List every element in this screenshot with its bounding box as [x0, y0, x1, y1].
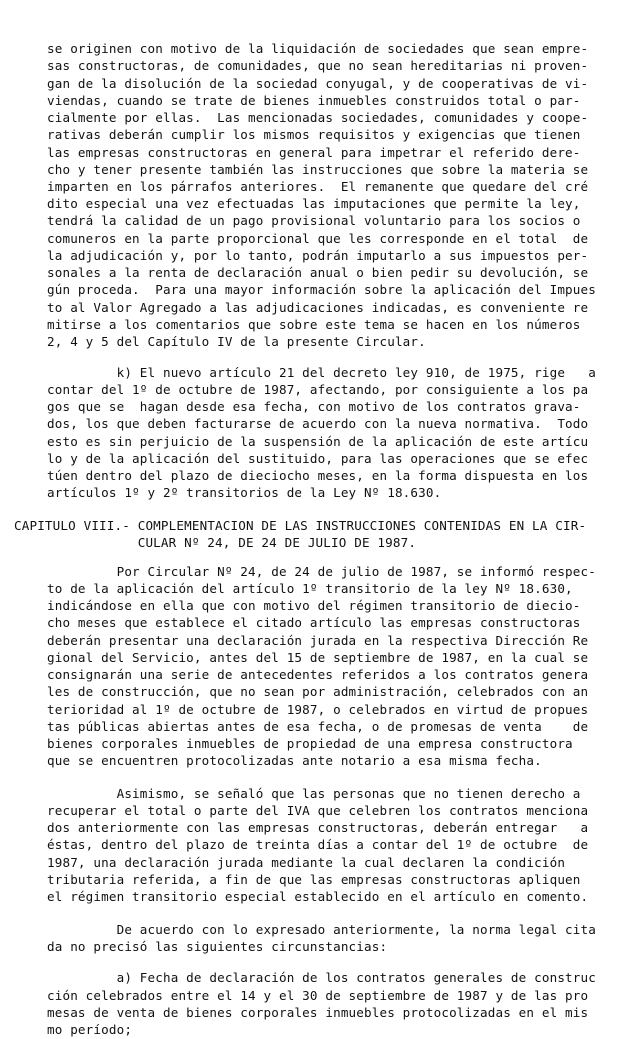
text-line: el régimen transitorio especial establec… — [47, 888, 588, 906]
text-line: k) El nuevo artículo 21 del decreto ley … — [47, 364, 596, 382]
text-line: comuneros en la parte proporcional que l… — [47, 230, 588, 248]
text-line: to al Valor Agregado a las adjudicacione… — [47, 299, 588, 317]
text-line: la adjudicación y, por lo tanto, podrán … — [47, 247, 588, 265]
text-line: Asimismo, se señaló que las personas que… — [47, 785, 581, 803]
text-line: ción celebrados entre el 14 y el 30 de s… — [47, 987, 588, 1005]
text-line: De acuerdo con lo expresado anteriorment… — [47, 921, 596, 939]
text-line: éstas, dentro del plazo de treinta días … — [47, 836, 588, 854]
text-line: to de la aplicación del artículo 1º tran… — [47, 580, 573, 598]
text-line: tas públicas abiertas antes de esa fecha… — [47, 718, 588, 736]
text-line: cho y tener presente también las instruc… — [47, 161, 588, 179]
text-line: dos, los que deben facturarse de acuerdo… — [47, 415, 588, 433]
text-line: gos que se hagan desde esa fecha, con mo… — [47, 398, 581, 416]
text-line: imparten en los párrafos anteriores. El … — [47, 178, 588, 196]
text-line: artículos 1º y 2º transitorios de la Ley… — [47, 484, 441, 502]
text-line: da no precisó las siguientes circunstanc… — [47, 938, 387, 956]
text-line: contar del 1º de octubre de 1987, afecta… — [47, 381, 588, 399]
text-line: que se encuentren protocolizadas ante no… — [47, 752, 542, 770]
text-line: deberán presentar una declaración jurada… — [47, 632, 588, 650]
text-line: terioridad al 1º de octubre de 1987, o c… — [47, 701, 588, 719]
text-line: les de construcción, que no sean por adm… — [47, 683, 588, 701]
text-line: lo y de la aplicación del sustituido, pa… — [47, 450, 588, 468]
text-line: sas constructoras, de comunidades, que n… — [47, 57, 588, 75]
text-line: consignarán una serie de antecedentes re… — [47, 666, 588, 684]
text-line: indicándose en ella que con motivo del r… — [47, 597, 581, 615]
text-line: cialmente por ellas. Las mencionadas soc… — [47, 109, 588, 127]
text-line: mo período; — [47, 1021, 132, 1039]
text-line: las empresas constructoras en general pa… — [47, 144, 581, 162]
text-line: mesas de venta de bienes corporales inmu… — [47, 1004, 588, 1022]
text-line: recuperar el total o parte del IVA que c… — [47, 802, 588, 820]
text-line: rativas deberán cumplir los mismos requi… — [47, 126, 581, 144]
text-line: cho meses que establece el citado artícu… — [47, 614, 581, 632]
text-line: mitirse a los comentarios que sobre este… — [47, 316, 581, 334]
text-line: bienes corporales inmuebles de propiedad… — [47, 735, 573, 753]
text-line: a) Fecha de declaración de los contratos… — [47, 969, 596, 987]
text-line: esto es sin perjuicio de la suspensión d… — [47, 433, 588, 451]
text-line: CAPITULO VIII.- COMPLEMENTACION DE LAS I… — [14, 517, 586, 535]
text-line: CULAR Nº 24, DE 24 DE JULIO DE 1987. — [14, 534, 416, 552]
text-line: Por Circular Nº 24, de 24 de julio de 19… — [47, 563, 596, 581]
text-line: dito especial una vez efectuadas las imp… — [47, 195, 581, 213]
text-line: dos anteriormente con las empresas const… — [47, 819, 588, 837]
text-line: sonales a la renta de declaración anual … — [47, 264, 588, 282]
document-page: se originen con motivo de la liquidación… — [0, 0, 630, 1039]
text-line: gan de la disolución de la sociedad cony… — [47, 75, 588, 93]
text-line: gún proceda. Para una mayor información … — [47, 281, 596, 299]
text-line: 1987, una declaración jurada mediante la… — [47, 854, 565, 872]
text-line: tributaria referida, a fin de que las em… — [47, 871, 581, 889]
text-line: 2, 4 y 5 del Capítulo IV de la presente … — [47, 333, 426, 351]
text-line: tendrá la calidad de un pago provisional… — [47, 212, 581, 230]
text-line: túen dentro del plazo de dieciocho meses… — [47, 467, 588, 485]
text-line: viendas, cuando se trate de bienes inmue… — [47, 92, 581, 110]
text-line: gional del Servicio, antes del 15 de sep… — [47, 649, 588, 667]
text-line: se originen con motivo de la liquidación… — [47, 40, 588, 58]
